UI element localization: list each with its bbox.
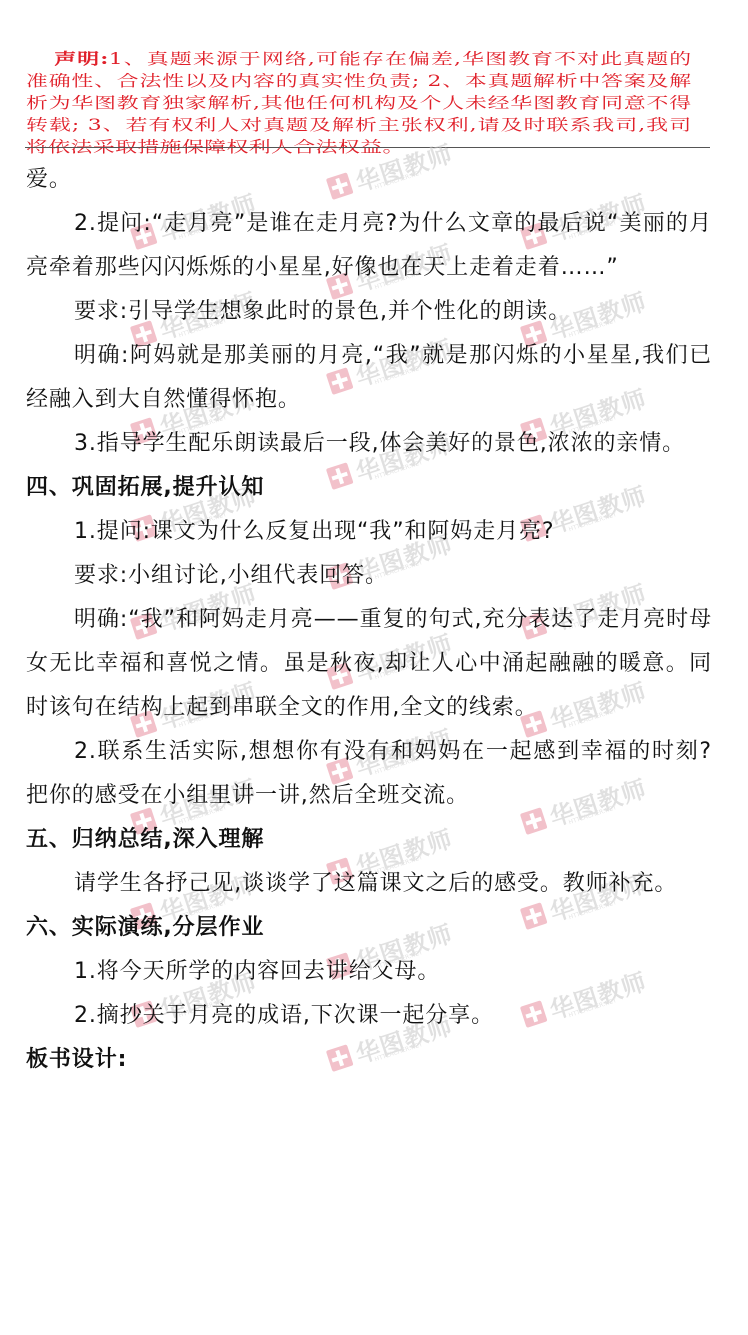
disclaimer-label: 声明: xyxy=(54,49,109,68)
summary-text: 请学生各抒己见,谈谈学了这篇课文之后的感受。教师补充。 xyxy=(26,862,712,906)
requirement-text: 要求:引导学生想象此时的景色,并个性化的朗读。 xyxy=(26,290,712,334)
board-design-heading: 板书设计: xyxy=(26,1038,712,1082)
homework-2: 2.摘抄关于月亮的成语,下次课一起分享。 xyxy=(26,994,712,1038)
homework-1: 1.将今天所学的内容回去讲给父母。 xyxy=(26,950,712,994)
requirement-text: 要求:小组讨论,小组代表回答。 xyxy=(26,554,712,598)
clarification-text: 明确:阿妈就是那美丽的月亮,“我”就是那闪烁的小星星,我们已经融入到大自然懂得怀… xyxy=(26,334,712,422)
disclaimer-text: 1、真题来源于网络,可能存在偏差,华图教育不对此真题的准确性、合法性以及内容的真… xyxy=(26,50,692,156)
paragraph-continuation: 爱。 xyxy=(26,158,712,202)
section-heading-6: 六、实际演练,分层作业 xyxy=(26,906,712,950)
instruction-3: 3.指导学生配乐朗读最后一段,体会美好的景色,浓浓的亲情。 xyxy=(26,422,712,466)
clarification-text: 明确:“我”和阿妈走月亮——重复的句式,充分表达了走月亮时母女无比幸福和喜悦之情… xyxy=(26,598,712,730)
document-body: 爱。 2.提问:“走月亮”是谁在走月亮?为什么文章的最后说“美丽的月亮牵着那些闪… xyxy=(26,158,712,1082)
header-divider xyxy=(25,147,710,148)
section-heading-5: 五、归纳总结,深入理解 xyxy=(26,818,712,862)
disclaimer: 声明:1、真题来源于网络,可能存在偏差,华图教育不对此真题的准确性、合法性以及内… xyxy=(26,48,692,158)
question-1: 1.提问:课文为什么反复出现“我”和阿妈走月亮? xyxy=(26,510,712,554)
activity-2: 2.联系生活实际,想想你有没有和妈妈在一起感到幸福的时刻?把你的感受在小组里讲一… xyxy=(26,730,712,818)
question-2: 2.提问:“走月亮”是谁在走月亮?为什么文章的最后说“美丽的月亮牵着那些闪闪烁烁… xyxy=(26,202,712,290)
section-heading-4: 四、巩固拓展,提升认知 xyxy=(26,466,712,510)
